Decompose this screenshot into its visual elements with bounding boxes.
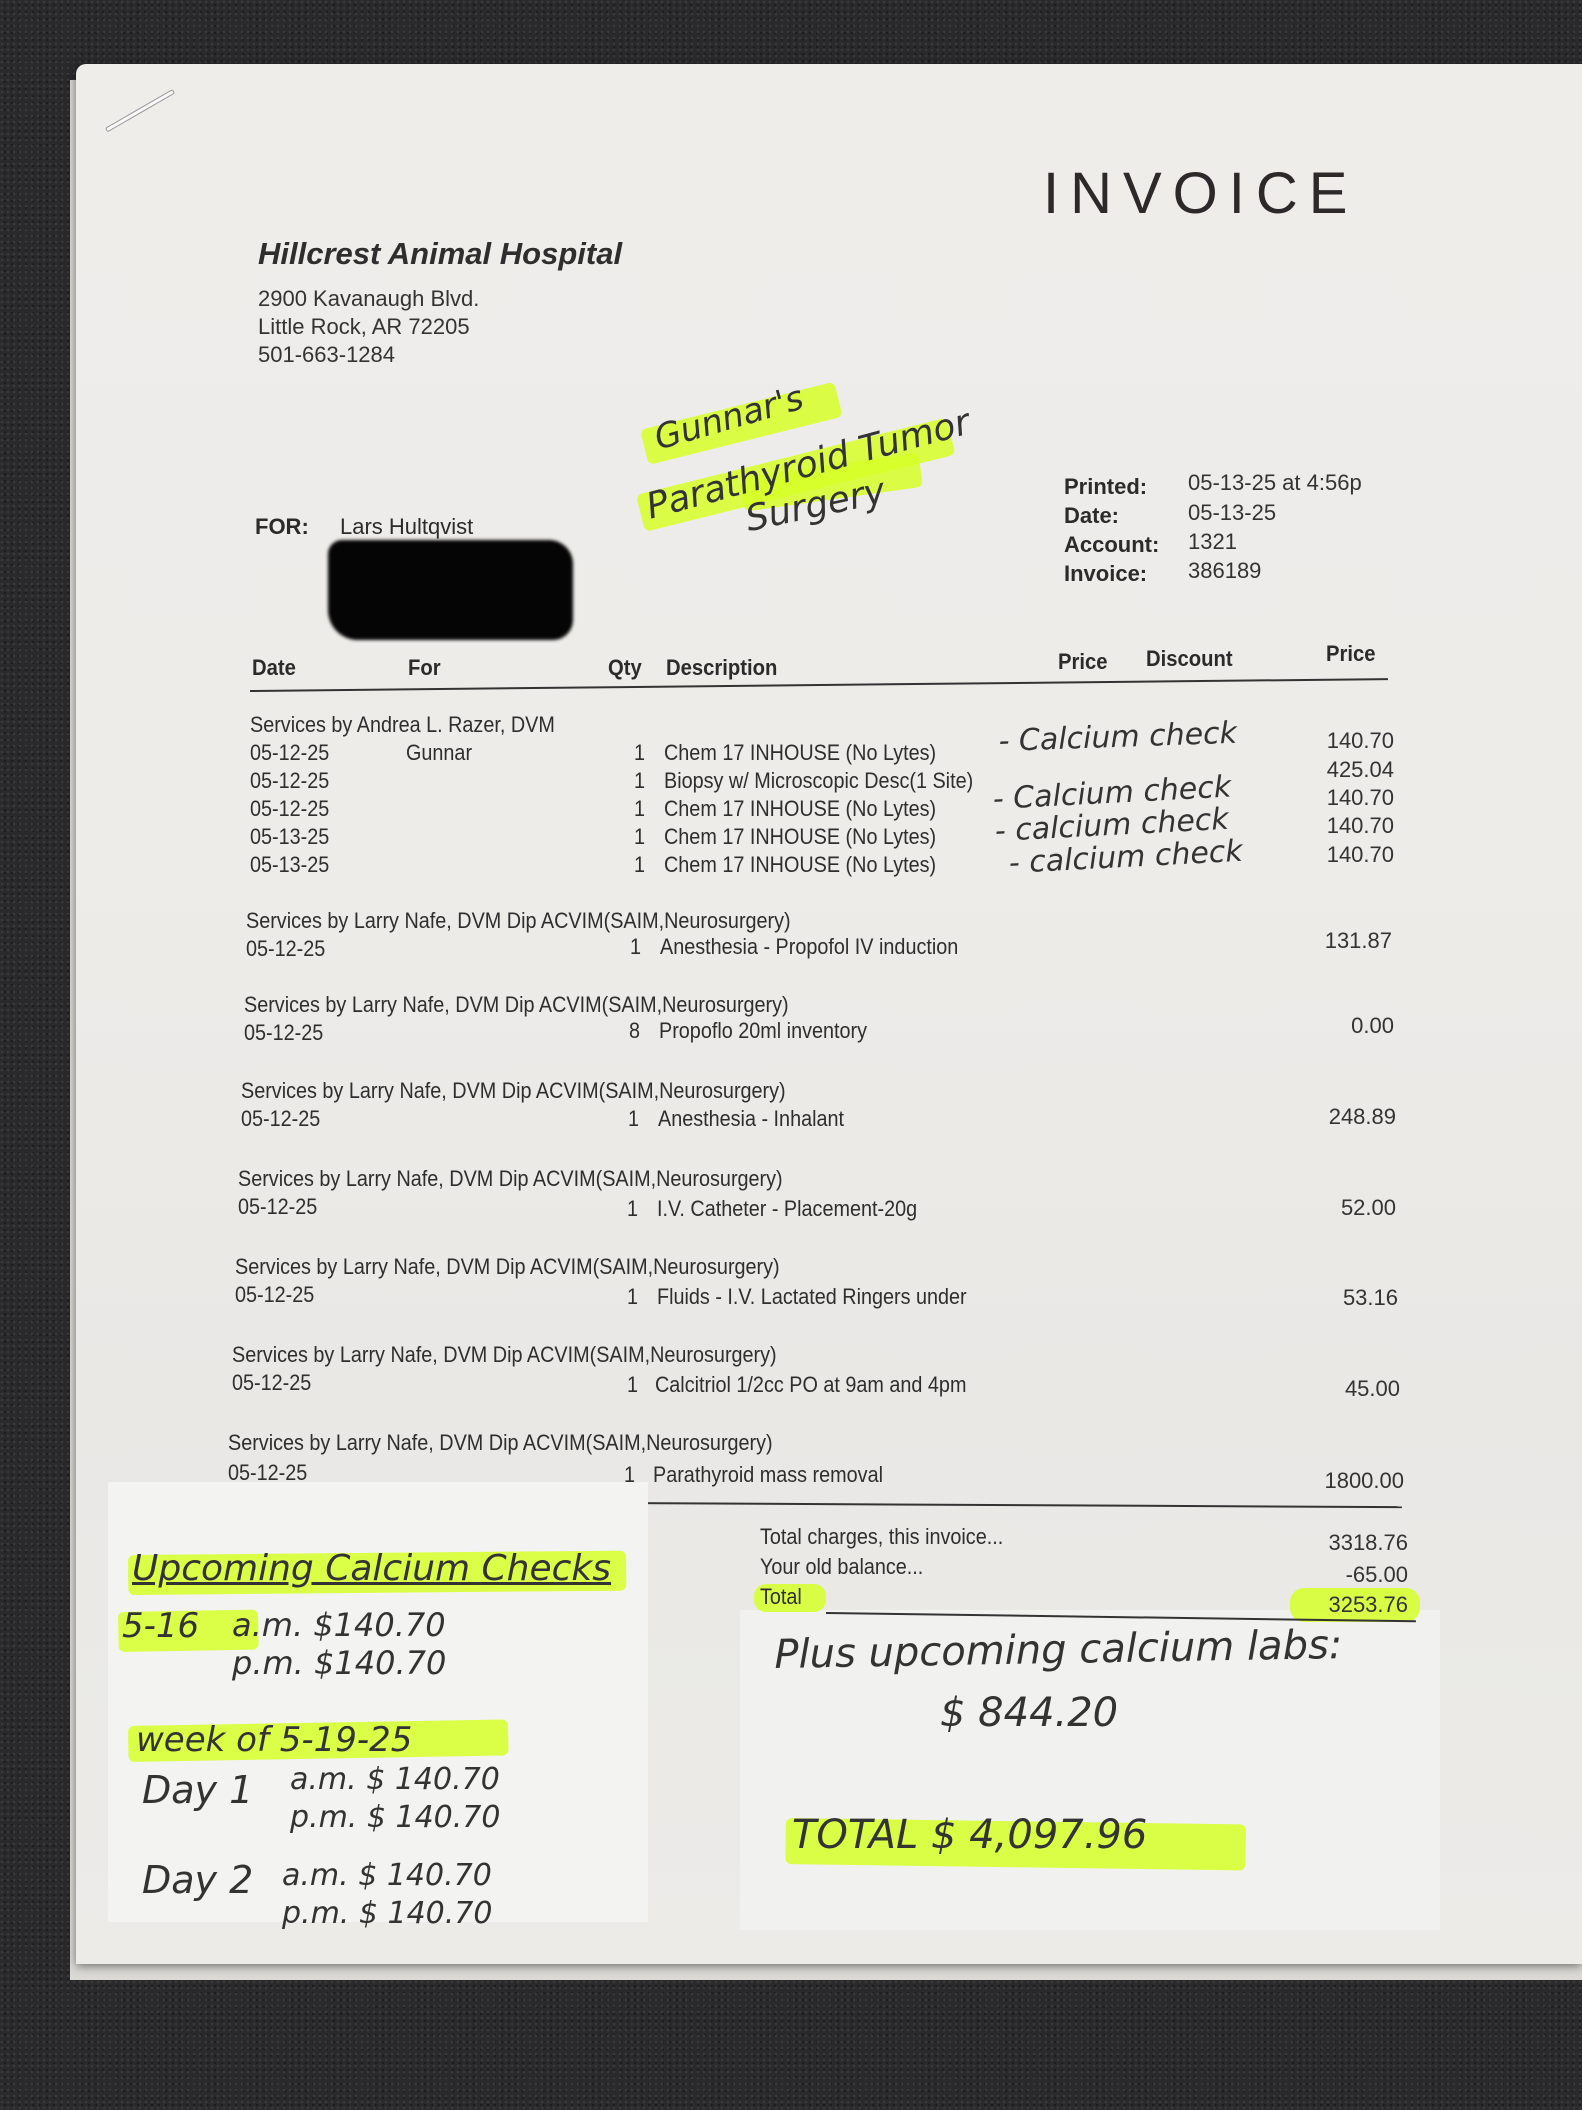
totals-label-charges: Total charges, this invoice... (760, 1524, 1003, 1550)
invoice-title: INVOICE (1043, 160, 1359, 227)
note-plus-amount: $ 844.20 (940, 1690, 1118, 1736)
provider-heading: Services by Larry Nafe, DVM Dip ACVIM(SA… (232, 1342, 777, 1368)
bill-to-name: Lars Hultqvist (340, 514, 473, 540)
item-date: 05-12-25 (238, 1194, 317, 1220)
item-description: Chem 17 INHOUSE (No Lytes) (664, 852, 936, 878)
meta-value-printed: 05-13-25 at 4:56p (1188, 470, 1362, 496)
item-description: Anesthesia - Inhalant (658, 1106, 844, 1132)
item-price: 140.70 (1254, 785, 1394, 811)
item-description: Anesthesia - Propofol IV induction (660, 934, 958, 960)
item-price: 0.00 (1254, 1013, 1394, 1039)
item-qty: 1 (627, 1196, 638, 1222)
item-price: 52.00 (1256, 1195, 1396, 1221)
bill-to-label: FOR: (255, 514, 309, 540)
item-date: 05-12-25 (232, 1370, 311, 1396)
note-5-16-pm: p.m. $140.70 (232, 1644, 446, 1682)
col-for: For (408, 655, 441, 681)
item-qty: 1 (630, 934, 641, 960)
item-date: 05-12-25 (235, 1282, 314, 1308)
item-description: Parathyroid mass removal (653, 1462, 883, 1488)
note-day1-pm: p.m. $ 140.70 (290, 1800, 500, 1835)
item-qty: 1 (634, 796, 645, 822)
item-price: 425.04 (1254, 757, 1394, 783)
item-price: 140.70 (1254, 813, 1394, 839)
note-day2-am: a.m. $ 140.70 (282, 1858, 492, 1893)
meta-value-date: 05-13-25 (1188, 500, 1276, 526)
item-date: 05-12-25 (250, 740, 329, 766)
item-price: 53.16 (1258, 1285, 1398, 1311)
item-qty: 1 (634, 852, 645, 878)
col-date: Date (252, 655, 296, 681)
item-description: Fluids - I.V. Lactated Ringers under (657, 1284, 967, 1310)
note-day1-am: a.m. $ 140.70 (290, 1762, 500, 1797)
item-qty: 1 (628, 1106, 639, 1132)
meta-value-invoice: 386189 (1188, 558, 1261, 584)
item-description: I.V. Catheter - Placement-20g (657, 1196, 917, 1222)
item-date: 05-12-25 (250, 768, 329, 794)
item-price: 1800.00 (1264, 1468, 1404, 1494)
provider-heading: Services by Andrea L. Razer, DVM (250, 712, 555, 738)
totals-label-total: Total (760, 1584, 802, 1610)
provider-heading: Services by Larry Nafe, DVM Dip ACVIM(SA… (238, 1166, 783, 1192)
meta-value-account: 1321 (1188, 529, 1237, 555)
note-day2-pm: p.m. $ 140.70 (282, 1896, 492, 1931)
item-price: 45.00 (1260, 1376, 1400, 1402)
totals-value-old-balance: -65.00 (1268, 1562, 1408, 1588)
item-description: Calcitriol 1/2cc PO at 9am and 4pm (655, 1372, 966, 1398)
note-day2-label: Day 2 (142, 1858, 253, 1902)
clinic-phone: 501-663-1284 (258, 342, 395, 368)
meta-label-account: Account: (1064, 532, 1159, 558)
note-grand-total: TOTAL $ 4,097.96 (792, 1812, 1147, 1858)
item-price: 140.70 (1254, 842, 1394, 868)
totals-value-total: 3253.76 (1268, 1592, 1408, 1618)
meta-label-printed: Printed: (1064, 474, 1147, 500)
item-price: 140.70 (1254, 728, 1394, 754)
item-patient: Gunnar (406, 740, 472, 766)
clinic-address-line2: Little Rock, AR 72205 (258, 314, 470, 340)
provider-heading: Services by Larry Nafe, DVM Dip ACVIM(SA… (244, 992, 789, 1018)
note-week-heading: week of 5-19-25 (136, 1720, 412, 1760)
item-description: Chem 17 INHOUSE (No Lytes) (664, 824, 936, 850)
item-qty: 1 (627, 1284, 638, 1310)
item-qty: 1 (634, 824, 645, 850)
item-price: 248.89 (1256, 1104, 1396, 1130)
item-date: 05-13-25 (250, 852, 329, 878)
item-qty: 8 (629, 1018, 640, 1044)
col-ext-price: Price (1326, 641, 1376, 667)
item-description: Biopsy w/ Microscopic Desc(1 Site) (664, 768, 973, 794)
meta-label-date: Date: (1064, 503, 1119, 529)
item-price: 131.87 (1252, 928, 1392, 954)
col-description: Description (666, 655, 777, 681)
provider-heading: Services by Larry Nafe, DVM Dip ACVIM(SA… (241, 1078, 786, 1104)
item-date: 05-12-25 (250, 796, 329, 822)
note-day1-label: Day 1 (142, 1768, 253, 1812)
meta-label-invoice: Invoice: (1064, 561, 1147, 587)
item-description: Propoflo 20ml inventory (659, 1018, 867, 1044)
item-description: Chem 17 INHOUSE (No Lytes) (664, 740, 936, 766)
item-qty: 1 (627, 1372, 638, 1398)
col-price: Price (1058, 649, 1108, 675)
note-5-16-am: a.m. $140.70 (232, 1606, 446, 1644)
item-date: 05-12-25 (244, 1020, 323, 1046)
note-date-5-16: 5-16 (122, 1606, 199, 1646)
item-date: 05-12-25 (241, 1106, 320, 1132)
provider-heading: Services by Larry Nafe, DVM Dip ACVIM(SA… (246, 908, 791, 934)
totals-value-charges: 3318.76 (1268, 1530, 1408, 1556)
item-date: 05-13-25 (250, 824, 329, 850)
provider-heading: Services by Larry Nafe, DVM Dip ACVIM(SA… (235, 1254, 780, 1280)
item-description: Chem 17 INHOUSE (No Lytes) (664, 796, 936, 822)
item-date: 05-12-25 (246, 936, 325, 962)
note-upcoming-heading: Upcoming Calcium Checks (132, 1548, 611, 1589)
redacted-address (328, 540, 573, 640)
item-qty: 1 (634, 768, 645, 794)
clinic-address-line1: 2900 Kavanaugh Blvd. (258, 286, 479, 312)
totals-label-old-balance: Your old balance... (760, 1554, 923, 1580)
clinic-name: Hillcrest Animal Hospital (258, 236, 622, 272)
col-discount: Discount (1146, 646, 1233, 672)
col-qty: Qty (608, 655, 642, 681)
provider-heading: Services by Larry Nafe, DVM Dip ACVIM(SA… (228, 1430, 773, 1456)
item-qty: 1 (634, 740, 645, 766)
